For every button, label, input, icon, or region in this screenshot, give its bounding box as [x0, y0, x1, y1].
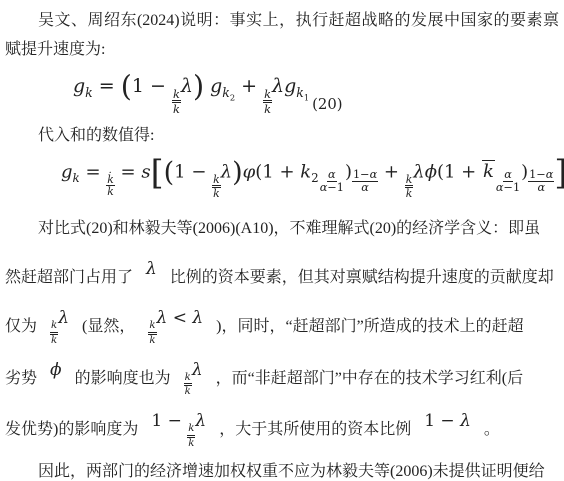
fraction-denominator: k — [50, 334, 58, 346]
math-v: k — [264, 102, 271, 116]
math-v: α — [537, 181, 545, 194]
text-run: 对比式(20)和林毅夫等(2006)(A10)，不难理解式(20)的经济学含义：… — [38, 220, 540, 237]
math-v: λ — [195, 411, 206, 431]
math-f: αα−1 — [495, 169, 521, 195]
math-v: k̇ — [107, 173, 114, 186]
math-o: −1 — [504, 181, 521, 194]
inline-math: λ — [146, 245, 157, 294]
text-run: (显然， — [82, 318, 135, 335]
math-o: (1 + — [255, 161, 300, 182]
inline-math: 1 − kkλ — [151, 397, 206, 449]
math-v: k — [188, 423, 194, 434]
equation-number: (20) — [312, 96, 342, 113]
inline-math: 1 − λ — [424, 397, 471, 446]
fraction-numerator: k — [184, 372, 192, 384]
equation-20: gk = (1 − kkλ) gk2 + kkλgk1(20) — [73, 73, 559, 116]
math-sb: k — [85, 85, 93, 100]
math-v: ϕ — [50, 360, 62, 380]
math-f: kk — [184, 372, 192, 397]
overline-var: k — [482, 160, 495, 182]
math-sb: k1 — [296, 85, 309, 100]
math-v: λ — [157, 308, 168, 328]
math-v: α — [328, 168, 336, 181]
text-line: 仅为kkλ(显然，kkλ < λ)，同时，“赶超部门”所造成的技术上的赶超 — [5, 302, 559, 354]
math-v: λ — [460, 411, 471, 431]
math-v: λ — [146, 259, 157, 279]
math-v: k — [51, 320, 57, 331]
math-v: λ — [192, 308, 203, 328]
math-v: φ — [243, 161, 256, 182]
text-line: 然赶超部门占用了λ比例的资本要素，但其对禀赋结构提升速度的贡献度却 — [5, 253, 559, 302]
math-f: kk — [50, 320, 58, 345]
math-sp: 1−αα — [528, 157, 554, 171]
math-v: k — [296, 85, 304, 100]
paragraph-conclusion: 因此，两部门的经济增速加权权重不应为林毅夫等(2006)未提供证明便给 — [5, 457, 559, 481]
inline-math: kkλ — [50, 294, 69, 346]
math-o: < — [167, 308, 192, 328]
math-o: + — [235, 75, 263, 97]
math-o: = — [80, 161, 107, 182]
text-line: 对比式(20)和林毅夫等(2006)(A10)，不难理解式(20)的经济学含义：… — [5, 204, 559, 253]
math-v: k — [185, 386, 191, 397]
document-page: 吴文、周绍东(2024)说明：事实上，执行赶超战略的发展中国家的要素禀赋提升速度… — [0, 0, 564, 481]
math-v: k — [188, 438, 194, 449]
paragraph-substitute: 代入和的数值得: — [5, 121, 559, 150]
fraction-numerator: α — [327, 169, 337, 182]
math-f: 1−αα — [352, 169, 378, 195]
fraction-numerator: k — [172, 88, 181, 102]
equation-21: gk = k̇k = s[(1 − kkλ)φ(1 + k2αα−1)1−αα … — [61, 156, 559, 200]
text-run: 劣势 — [5, 370, 37, 387]
math-f: αα−1 — [319, 169, 345, 195]
math-o: 1 − — [132, 75, 172, 97]
math-v: α — [496, 181, 504, 194]
fraction-denominator: k — [187, 437, 195, 449]
math-sb: k — [73, 171, 80, 185]
fraction-numerator: 1−α — [352, 169, 378, 182]
math-v: k — [406, 187, 413, 200]
math-o: 1− — [353, 168, 370, 181]
inline-math: kkλ < λ — [148, 294, 203, 346]
big-delimiter: ) — [232, 157, 243, 188]
math-v: k — [149, 335, 155, 346]
math-f: kk — [172, 88, 181, 116]
math-sb: 1 — [304, 92, 309, 102]
math-f: 1−αα — [528, 169, 554, 195]
inline-math: ϕ — [50, 346, 62, 395]
fraction-denominator: k — [106, 186, 115, 198]
fraction-denominator: k — [212, 187, 221, 200]
math-v: k — [73, 171, 80, 185]
math-v: g — [73, 75, 85, 97]
math-v: λ — [272, 75, 284, 97]
math-v: λ — [192, 360, 203, 380]
fraction-numerator: k — [148, 320, 156, 332]
math-o: (1 + — [437, 161, 482, 182]
math-v: λ — [58, 308, 69, 328]
math-v: k — [406, 173, 413, 186]
math-v: k — [107, 185, 114, 198]
big-delimiter: [ — [151, 153, 164, 192]
math-v: g — [61, 161, 73, 182]
math-f: kk — [263, 88, 272, 116]
math-sp: 1−αα — [352, 157, 378, 171]
math-v: α — [361, 181, 369, 194]
math-o: ) — [345, 161, 352, 182]
math-o: 1 − — [174, 161, 212, 182]
math-sb: k2 — [222, 85, 235, 100]
math-v: k — [264, 87, 271, 101]
math-o: = — [93, 75, 121, 97]
math-o: 1− — [529, 168, 546, 181]
fraction-numerator: α — [503, 169, 513, 182]
math-sp: αα−1 — [319, 157, 345, 171]
text-run: 的影响度也为 — [75, 370, 171, 387]
fraction-denominator: k — [184, 385, 192, 397]
math-v: s — [141, 161, 150, 182]
fraction-numerator: k — [263, 88, 272, 102]
math-v: k — [185, 372, 191, 383]
big-delimiter: ) — [193, 70, 204, 103]
paragraph-intro: 吴文、周绍东(2024)说明：事实上，执行赶超战略的发展中国家的要素禀赋提升速度… — [5, 6, 559, 64]
math-v: ϕ — [425, 161, 437, 182]
big-delimiter: ( — [164, 157, 175, 188]
math-v: k — [213, 173, 220, 186]
math-v: α — [370, 168, 378, 181]
big-delimiter: ( — [121, 70, 132, 103]
text-run: 然赶超部门占用了 — [5, 269, 133, 286]
math-v: λ — [181, 75, 193, 97]
math-v: k — [149, 320, 155, 331]
text-run: 发优势)的影响度为 — [5, 421, 138, 438]
math-v: k — [173, 102, 180, 116]
fraction-denominator: α — [360, 182, 370, 194]
math-v: k — [213, 187, 220, 200]
text-run: )，同时，“赶超部门”所造成的技术上的赶超 — [216, 318, 524, 335]
fraction-denominator: k — [172, 102, 181, 116]
text-run: 比例的资本要素，但其对禀赋结构提升速度的贡献度却 — [170, 269, 554, 286]
text-run: 仅为 — [5, 318, 37, 335]
math-v: λ — [221, 161, 232, 182]
math-v: k — [173, 87, 180, 101]
math-v: λ — [413, 161, 424, 182]
math-v: k — [300, 161, 311, 182]
fraction-numerator: 1−α — [528, 169, 554, 182]
math-o: 1 − — [424, 411, 460, 431]
math-o: 1 — [304, 92, 309, 102]
math-v: k — [51, 335, 57, 346]
fraction-denominator: k — [148, 334, 156, 346]
text-run: 。 — [484, 421, 500, 438]
math-v: k — [85, 85, 93, 100]
fraction-numerator: k — [405, 174, 414, 187]
math-v: g — [210, 75, 222, 97]
fraction-denominator: α−1 — [319, 182, 345, 194]
inline-math: kkλ — [184, 346, 203, 398]
math-v: α — [546, 168, 554, 181]
math-o: = — [115, 161, 142, 182]
text-run: ，大于其所使用的资本比例 — [219, 421, 411, 438]
fraction-denominator: k — [263, 102, 272, 116]
math-o: −1 — [327, 181, 344, 194]
fraction-denominator: k — [405, 187, 414, 200]
math-v: k — [483, 161, 494, 182]
math-v: k — [222, 85, 230, 100]
math-f: kk — [148, 320, 156, 345]
paragraph-analysis: 对比式(20)和林毅夫等(2006)(A10)，不难理解式(20)的经济学含义：… — [5, 204, 559, 457]
math-sp: αα−1 — [495, 157, 521, 171]
math-o: 2 — [311, 171, 319, 185]
fraction-denominator: α — [536, 182, 546, 194]
text-line: 发优势)的影响度为1 − kkλ，大于其所使用的资本比例1 − λ。 — [5, 405, 559, 457]
big-delimiter: ] — [554, 153, 564, 192]
math-v: g — [284, 75, 296, 97]
math-v: α — [504, 168, 512, 181]
math-o: + — [378, 161, 405, 182]
math-f: k̇k — [106, 174, 115, 199]
fraction-numerator: k — [212, 174, 221, 187]
fraction-denominator: α−1 — [495, 182, 521, 194]
math-f: kk — [212, 174, 221, 201]
math-sb: 2 — [311, 171, 319, 185]
math-o: 1 − — [151, 411, 187, 431]
text-line: 劣势ϕ的影响度也为kkλ，而“非赶超部门”中存在的技术学习红利(后 — [5, 354, 559, 406]
math-f: kk — [405, 174, 414, 201]
text-run: ，而“非赶超部门”中存在的技术学习红利(后 — [216, 370, 524, 387]
fraction-numerator: k — [50, 320, 58, 332]
